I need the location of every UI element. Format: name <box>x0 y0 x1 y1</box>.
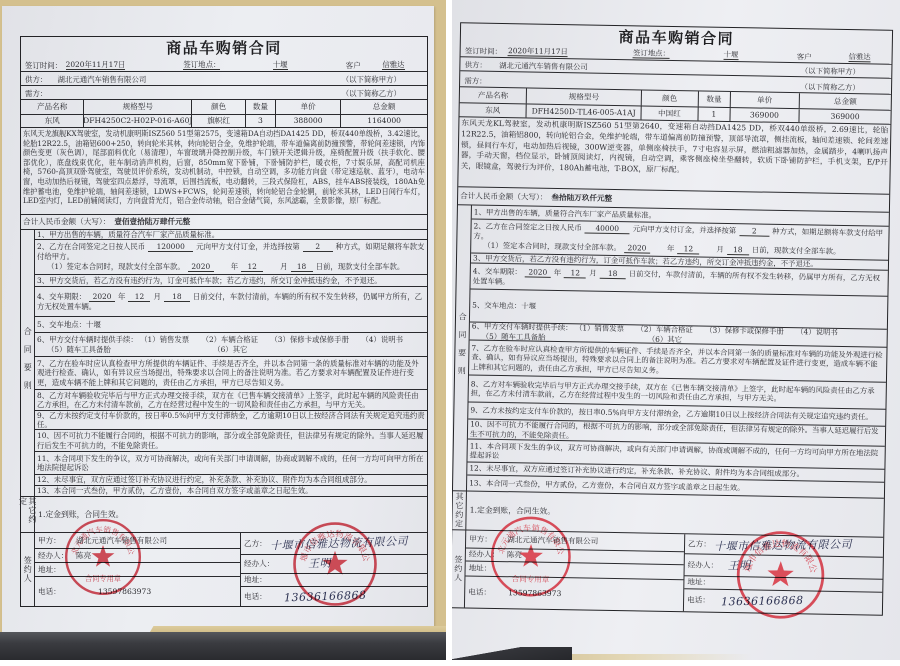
party-b-address-label: 地址： <box>684 578 713 588</box>
clause-1: 1、甲方出售的车辆，质量符合汽车厂家产品质量标准。 <box>35 230 427 240</box>
product-table-header: 产品名称 规格型号 颜色 数量 单价 总金额 <box>21 100 427 115</box>
party-a-phone-label: 电话： <box>465 587 506 597</box>
party-b-name-handwritten: 十堰市信雅达物流有限公司 <box>714 540 852 552</box>
delivery-place: 十堰 <box>86 320 101 329</box>
product-unit-price: 388000 <box>276 115 341 127</box>
party-a-address-label: 地址： <box>466 564 507 574</box>
fabric-background <box>452 647 572 660</box>
supplier-label: 供方： <box>465 60 487 70</box>
other-terms-label: 其它约定 <box>21 497 35 532</box>
contract-title: 商品车购销合同 <box>618 28 734 48</box>
sign-time-value: 2020年11月17日 <box>66 60 126 70</box>
document-item-certificate: （2）车辆合格证 <box>202 335 258 344</box>
party-b-label: 乙方： <box>241 539 270 548</box>
supplier-alias: （以下简称甲方） <box>342 75 401 84</box>
party-b-agent-handwritten: 王明 <box>308 559 331 569</box>
sign-place-label: 签订地点： <box>183 60 220 70</box>
payment-method: 2 <box>303 243 333 252</box>
header-product-name: 产品名称 <box>21 100 84 114</box>
party-a-phone: 13597863973 <box>508 588 561 598</box>
contract-title: 商品车购销合同 <box>166 39 282 57</box>
product-name: 东风 <box>460 103 527 117</box>
clause-5: 5、交车地点：十堰 <box>35 317 427 333</box>
signatories-section: 签约人 甲方：湖北元通汽车销售有限公司 经办人：陈亮 地址： 电话：135978… <box>21 533 427 606</box>
header-unit-price: 单价 <box>730 92 800 108</box>
total-amount-uppercase: 壹佰壹拾陆万肆仟元整 <box>114 217 190 226</box>
clause-9: 9、乙方未按约定支付车价款的，按日率0.5%向甲方支付滞纳金，乙方逾期10日以上… <box>35 411 427 430</box>
product-color: 旗帜红 <box>192 115 246 127</box>
photo-right: 商品车购销合同 签订时间： 2020年11月17日 签订地点： 十堰 客户 信雅… <box>452 0 900 660</box>
clause-8: 8、乙方对车辆验收完毕后与甲方正式办理交接手续，双方在《已售车辆交接清单》上签字… <box>35 390 427 411</box>
sign-place-value: 十堰 <box>723 49 738 60</box>
payment-method: 2 <box>739 227 769 237</box>
other-terms-label: 其它约定 <box>452 491 467 529</box>
clause-2-1-suffix: 日前，现款支付全部车款。 <box>752 246 841 257</box>
month-unit: 月 <box>280 262 287 271</box>
party-b-phone-handwritten: 13636166868 <box>721 596 804 607</box>
buyer-alias: （以下简称乙方） <box>342 89 401 98</box>
deposit-amount: 40000 <box>585 224 630 234</box>
vehicle-description-row: 东风天龙旗舰KX驾驶室，发动机康明斯ISZ560 51型第2575，变速箱DA自… <box>21 128 427 215</box>
party-b-name-handwritten: 十堰市信雅达物流有限公司 <box>270 536 408 550</box>
terms-label: 合同要则 <box>21 230 35 496</box>
payment-year: 2020 <box>624 244 650 253</box>
signing-info-row: 签订时间： 2020年11月17日 签订地点： 十堰 客户 信雅达 <box>21 60 427 72</box>
party-a-agent: 陈亮 <box>507 550 522 560</box>
header-quantity: 数量 <box>698 91 730 107</box>
clause-2-mid: 元向甲方支付订金，并选择按第 <box>633 224 737 235</box>
delivery-day: 18 <box>164 293 190 302</box>
contract-terms-section: 合同要则 1、甲方出售的车辆，质量符合汽车厂家产品质量标准。 2、乙方在合同签定… <box>21 230 427 497</box>
product-quantity: 1 <box>698 107 730 121</box>
document-item-warranty: （3）保修卡或保修手册 <box>270 335 349 344</box>
year-unit: 年 <box>554 268 562 277</box>
delivery-day: 18 <box>600 270 626 279</box>
party-b-address-label: 地址： <box>241 575 270 584</box>
clause-13: 13、本合同一式叁份，甲方贰份，乙方壹份，本合同自双方签字或盖章之日起生效。 <box>35 486 427 496</box>
sign-place-label: 签订地点： <box>633 48 670 59</box>
deposit-amount: 120000 <box>148 243 193 252</box>
party-a-phone: 13597863973 <box>98 587 151 596</box>
total-amount-uppercase: 叁拾陆万玖仟元整 <box>551 193 612 203</box>
product-name: 东风 <box>21 115 84 127</box>
document-item-other: （6）其它 <box>648 334 682 344</box>
delivery-year: 2020 <box>89 293 115 302</box>
header-model: 规格型号 <box>84 100 192 114</box>
clause-2: 2、乙方在合同签定之日按人民币120000元向甲方支付订金，并选择按第2种方式，… <box>35 240 427 275</box>
title-row: 商品车购销合同 <box>21 37 427 60</box>
party-b-phone-label: 电话： <box>684 596 713 606</box>
clause-5-prefix: 5、交车地点： <box>472 301 521 311</box>
product-total: 369000 <box>800 109 891 124</box>
supplier-name: 湖北元通汽车销售有限公司 <box>499 61 588 72</box>
clause-11: 11、本合同项下发生的争议，双方可协商解决，或向有关部门申请调解，协商或调解不成… <box>35 452 427 475</box>
supplier-row: 供方： 湖北元通汽车销售有限公司 （以下简称甲方） <box>21 72 427 86</box>
party-b-block: 乙方：十堰市信雅达物流有限公司 经办人：王明 地址： 电话：1363616686… <box>684 534 883 614</box>
clause-2-prefix: 2、乙方在合同签定之日按人民币 <box>474 221 582 232</box>
sign-time-label: 签订时间： <box>465 46 502 56</box>
supplier-name: 湖北元通汽车销售有限公司 <box>58 75 147 84</box>
product-total: 1164000 <box>341 115 427 127</box>
delivery-month: 12 <box>128 293 150 302</box>
year-unit: 年 <box>667 244 675 253</box>
total-amount-row: 合计人民币金额（大写）： 壹佰壹拾陆万肆仟元整 <box>21 215 427 230</box>
clause-4-prefix: 4、交车期限： <box>37 292 86 301</box>
vehicle-description-row: 东风天龙KL驾驶室，发动机康明斯ISZ560 51型第2640，变速箱自动挡DA… <box>458 117 890 195</box>
party-a-name: 湖北元通汽车销售有限公司 <box>76 536 167 545</box>
header-product-name: 产品名称 <box>460 87 527 103</box>
total-label: 合计人民币金额（大写）： <box>460 191 547 202</box>
product-unit-price: 369000 <box>730 108 800 122</box>
document-item-invoice: （1）销售发票 <box>140 335 189 344</box>
header-unit-price: 单价 <box>276 100 341 114</box>
header-quantity: 数量 <box>246 100 276 114</box>
delivery-month: 12 <box>564 269 586 278</box>
clause-4: 4、交车期限：2020年12月18日前交付，车款付清前，车辆的所有权不发生转移，… <box>35 287 427 317</box>
vehicle-description: 东风天龙KL驾驶室，发动机康明斯ISZ560 51型第2640，变速箱自动挡DA… <box>459 117 891 180</box>
sign-time-label: 签订时间： <box>25 61 62 70</box>
party-a-address-label: 地址： <box>35 565 76 574</box>
party-a-block: 甲方：湖北元通汽车销售有限公司 经办人：陈亮 地址： 电话：1359786397… <box>465 530 685 611</box>
payment-month: 12 <box>677 245 699 254</box>
party-a-label: 甲方： <box>35 536 76 545</box>
contract-terms-section: 合同要则 1、甲方出售的车辆，质量符合汽车厂家产品质量标准。 2、乙方在合同签定… <box>453 205 889 498</box>
customer-label: 客户 <box>797 52 812 62</box>
payment-year: 2020 <box>188 263 214 272</box>
header-total: 总金额 <box>341 100 427 114</box>
supplier-alias: （以下简称甲方） <box>801 66 860 76</box>
document-item-manual: （4）说明书 <box>361 335 403 344</box>
fabric-background <box>0 632 446 660</box>
party-a-label: 甲方： <box>466 534 507 544</box>
other-terms-text: 1.定金到账，合同生效。 <box>35 497 427 532</box>
clause-7: 7、乙方在验车时应认真检查甲方所提供的车辆证件、手续是否齐全，并以本合同第一条的… <box>35 357 427 390</box>
contract-document-left: 商品车购销合同 签订时间： 2020年11月17日 签订地点： 十堰 客户 信雅… <box>20 36 428 607</box>
clause-2-1-suffix: 日前，现款支付全部车款。 <box>316 262 405 271</box>
clause-2-1-prefix: （1）签定本合同时，现款支付全部车款。 <box>47 262 185 271</box>
party-a-agent-label: 经办人： <box>466 550 507 560</box>
party-b-agent-handwritten: 王明 <box>728 561 751 571</box>
clause-12: 12、未尽事宜，双方应通过签订补充协议进行约定，补充条款、补充协议、附件均为本合… <box>35 475 427 486</box>
buyer-alias: （以下简称乙方） <box>800 82 859 92</box>
clause-6: 6、甲方交付车辆时提供手续： （1）销售发票 （2）车辆合格证 （3）保修卡或保… <box>35 333 427 357</box>
party-b-phone-handwritten: 13636166868 <box>284 590 367 602</box>
buyer-row: 需方： （以下简称乙方） <box>21 86 427 100</box>
delivery-place: 十堰 <box>521 302 536 311</box>
party-b-block: 乙方：十堰市信雅达物流有限公司 经办人：王明 地址： 电话：1363616686… <box>241 533 427 606</box>
party-a-name: 湖北元通汽车销售有限公司 <box>507 535 598 546</box>
party-a-agent-label: 经办人： <box>35 551 76 560</box>
clause-4-prefix: 4、交车期限： <box>473 266 522 276</box>
clause-2-1-prefix: （1）签定本合同时，现款支付全部车款。 <box>483 241 621 252</box>
product-quantity: 3 <box>246 115 276 127</box>
party-b-agent-label: 经办人： <box>685 560 722 570</box>
header-model: 规格型号 <box>527 88 642 105</box>
product-table-row: 东风 DFH4250C2-H02P-016-A60J 旗帜红 3 388000 … <box>21 115 427 128</box>
clause-2-mid: 元向甲方支付订金，并选择按第 <box>196 242 299 251</box>
clause-10: 10、因不可抗力不能履行合同的，根据不可抗力的影响，部分或全部免除责任，但法律另… <box>35 430 427 452</box>
payment-day: 18 <box>727 246 749 255</box>
customer-value: 信雅达 <box>382 60 404 70</box>
clause-5-prefix: 5、交车地点： <box>37 320 86 329</box>
contract-document-right: 商品车购销合同 签订时间： 2020年11月17日 签订地点： 十堰 客户 信雅… <box>452 22 893 615</box>
buyer-label: 需方： <box>25 89 47 98</box>
total-label: 合计人民币金额（大写）： <box>23 217 110 226</box>
header-color: 颜色 <box>642 90 699 106</box>
clause-6-prefix: 6、甲方交付车辆时提供手续： <box>37 335 138 344</box>
product-color: 中国红 <box>641 106 698 120</box>
signatories-label: 签约人 <box>21 533 35 606</box>
header-color: 颜色 <box>192 100 246 114</box>
other-terms-section: 其它约定 1.定金到账，合同生效。 <box>21 497 427 533</box>
customer-value: 信雅达 <box>848 52 870 63</box>
payment-month: 12 <box>241 263 263 272</box>
sign-time-value: 2020年11月17日 <box>508 46 568 57</box>
month-unit: 月 <box>716 245 724 254</box>
header-total: 总金额 <box>800 93 891 110</box>
party-b-phone-label: 电话： <box>241 592 270 601</box>
clause-2-prefix: 2、乙方在合同签定之日按人民币 <box>37 242 145 251</box>
other-terms-text: 1.定金到账，合同生效。 <box>466 491 884 536</box>
party-b-agent-label: 经办人： <box>241 559 278 568</box>
month-unit: 月 <box>153 292 160 301</box>
party-b-label: 乙方： <box>685 539 714 549</box>
vehicle-description: 东风天龙旗舰KX驾驶室，发动机康明斯ISZ560 51型第2575，变速箱DA自… <box>21 128 427 207</box>
sign-place-value: 十堰 <box>273 60 288 70</box>
customer-label: 客户 <box>346 61 361 70</box>
product-model: DFH4250C2-H02P-016-A60J <box>84 115 192 127</box>
photo-left: 商品车购销合同 签订时间： 2020年11月17日 签订地点： 十堰 客户 信雅… <box>0 0 446 660</box>
year-unit: 年 <box>118 292 125 301</box>
document-item-tools: （5）随车工具备胎 <box>47 345 111 354</box>
supplier-label: 供方： <box>25 75 47 84</box>
signatories-section: 签约人 甲方：湖北元通汽车销售有限公司 经办人：陈亮 地址： 电话：135978… <box>452 530 883 615</box>
party-a-agent: 陈亮 <box>76 551 91 560</box>
product-model: DFH4250D-TL46-005-A1AJ <box>527 104 642 119</box>
document-item-other: （6）其它 <box>213 345 247 354</box>
month-unit: 月 <box>589 268 597 277</box>
clause-3: 3、甲方交货后，若乙方没有违约行为，订金可抵作车款；若乙方违约，所交订金冲抵违约… <box>35 275 427 287</box>
buyer-label: 需方： <box>464 76 486 86</box>
delivery-year: 2020 <box>525 268 551 277</box>
party-a-phone-label: 电话： <box>35 587 76 596</box>
payment-day: 18 <box>291 263 313 272</box>
year-unit: 年 <box>231 262 238 271</box>
party-a-block: 甲方：湖北元通汽车销售有限公司 经办人：陈亮 地址： 电话：1359786397… <box>35 533 241 606</box>
